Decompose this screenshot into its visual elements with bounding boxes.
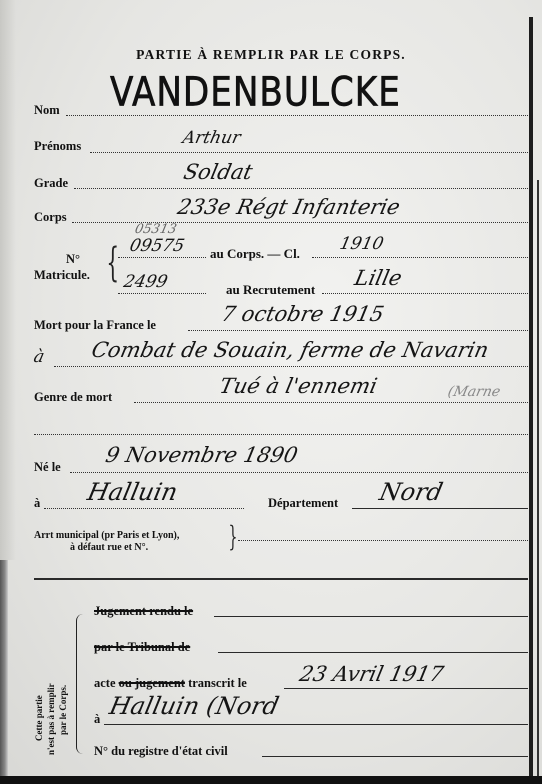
genre-mort-rule: [134, 402, 528, 403]
nom-value: VANDENBULCKE: [110, 69, 401, 115]
section-separator: [34, 578, 528, 580]
registre-label: N° du registre d'état civil: [94, 744, 228, 759]
mort-label: Mort pour la France le: [34, 318, 156, 333]
lieu-mort-prefix: à: [32, 347, 46, 367]
form-header: PARTIE À REMPLIR PAR LE CORPS.: [0, 47, 542, 63]
arrondissement-rule: [238, 540, 528, 541]
transcription-lieu-value: Halluin (Nord: [107, 692, 281, 720]
departement-value: Nord: [377, 478, 445, 506]
nom-rule: [66, 115, 528, 116]
recrutement-rule: [322, 293, 528, 294]
matricule-brace: {: [106, 240, 119, 286]
tribunal-label: par le Tribunal de: [94, 640, 190, 655]
blank-rule: [34, 434, 528, 435]
naissance-label: Né le: [34, 460, 61, 475]
tribunal-rule: [218, 652, 528, 653]
corps-value: 233e Régt Infanterie: [175, 195, 402, 219]
side-note-line1: Cette partie: [34, 695, 44, 741]
mort-rule: [188, 330, 528, 331]
recrutement-place: Lille: [352, 266, 404, 290]
matricule-label-no: N°: [66, 252, 80, 267]
lieu-naissance-label: à: [34, 496, 40, 511]
genre-mort-label: Genre de mort: [34, 390, 112, 405]
recrutement-label: au Recrutement: [226, 282, 315, 298]
transcription-lieu-label: à: [94, 712, 100, 727]
genre-mort-annotation: (Marne: [446, 384, 502, 400]
corps-label: Corps: [34, 210, 67, 225]
matricule-corps-annotation: 05313: [133, 222, 178, 237]
side-note-line3: par le Corps.: [58, 685, 68, 735]
departement-rule: [352, 508, 528, 509]
transcription-label-acte: acte: [94, 676, 116, 690]
prenoms-label: Prénoms: [34, 139, 81, 154]
grade-value: Soldat: [181, 160, 254, 184]
transcription-label-jugement: ou jugement: [119, 676, 185, 690]
right-border-line-outer: [537, 180, 539, 776]
page-edge-shadow-dark: [0, 560, 8, 776]
transcription-lieu-rule: [104, 724, 528, 725]
transcription-label-transcrit: transcrit le: [188, 676, 247, 690]
jugement-rule: [214, 616, 528, 617]
lieu-mort-value: Combat de Souain, ferme de Navarin: [89, 338, 490, 362]
nom-label: Nom: [34, 103, 60, 118]
prenoms-rule: [90, 152, 528, 153]
mort-value: 7 octobre 1915: [219, 302, 386, 326]
grade-label: Grade: [34, 176, 68, 191]
lieu-mort-rule: [54, 366, 528, 367]
jugement-label: Jugement rendu le: [94, 604, 193, 619]
arrondissement-brace: }: [228, 520, 237, 553]
side-note-brace: [76, 614, 83, 754]
matricule-recrutement-number: 2499: [122, 272, 170, 292]
matricule-corps-rule: [118, 257, 206, 258]
side-note-line2: n'est pas à remplir: [46, 683, 56, 755]
grade-rule: [74, 188, 528, 189]
transcription-value: 23 Avril 1917: [297, 662, 445, 686]
naissance-rule: [70, 472, 528, 473]
classe-rule: [312, 257, 528, 258]
genre-mort-value: Tué à l'ennemi: [217, 374, 379, 398]
transcription-rule: [284, 688, 528, 689]
naissance-value: 9 Novembre 1890: [103, 443, 299, 467]
matricule-corps-suffix: au Corps. — Cl.: [210, 246, 300, 262]
document-page: PARTIE À REMPLIR PAR LE CORPS. Nom VANDE…: [0, 0, 542, 776]
matricule-label: Matricule.: [34, 268, 90, 283]
matricule-recrutement-rule: [118, 293, 206, 294]
classe-value: 1910: [338, 234, 386, 254]
transcription-label: acte ou jugement transcrit le: [94, 676, 247, 691]
arrondissement-label-line1: Arrt municipal (pr Paris et Lyon),: [34, 530, 179, 542]
arrondissement-label-line2: à défaut rue et N°.: [70, 542, 148, 554]
lieu-naissance-rule: [44, 508, 244, 509]
lieu-naissance-value: Halluin: [85, 478, 180, 506]
side-note: Cette partie n'est pas à remplir par le …: [34, 615, 74, 755]
matricule-corps-number: 09575: [128, 236, 186, 256]
page-edge-shadow: [0, 0, 16, 560]
right-border-line: [529, 17, 533, 776]
departement-label: Département: [268, 496, 338, 511]
prenoms-value: Arthur: [181, 128, 243, 148]
scan-bottom-band: [0, 776, 542, 784]
registre-rule: [262, 756, 528, 757]
